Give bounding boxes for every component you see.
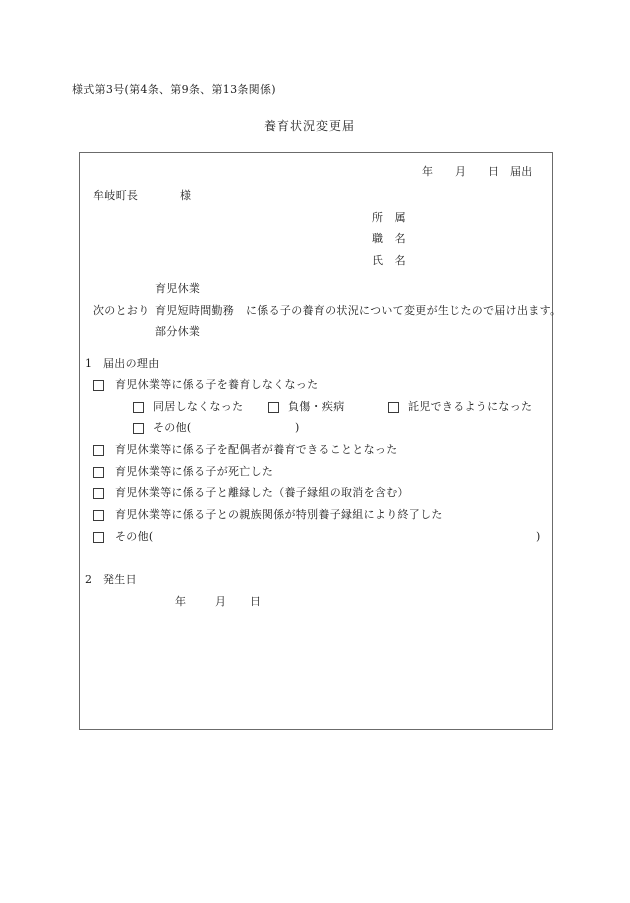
leave-option-partial-leave: 部分休業 — [155, 324, 200, 340]
job-title-label: 職 名 — [372, 231, 406, 247]
checkbox-other[interactable] — [93, 532, 104, 543]
intro-prefix: 次のとおり — [93, 303, 150, 319]
form-number: 様式第3号(第4条、第9条、第13条関係) — [72, 82, 276, 98]
checkbox-no-longer-cohabiting[interactable] — [133, 402, 144, 413]
reason-dissolved-label: 育児休業等に係る子と離縁した（養子縁組の取消を含む） — [115, 485, 409, 501]
section1-heading: 届出の理由 — [103, 356, 160, 372]
submission-date-year-label: 年 — [422, 164, 433, 180]
checkbox-daycare-available[interactable] — [388, 402, 399, 413]
sub-other-close-paren: ) — [295, 420, 300, 436]
sub-no-cohabit-label: 同居しなくなった — [153, 399, 243, 415]
submission-date-day-label: 日 — [488, 164, 499, 180]
leave-option-childcare-leave: 育児休業 — [155, 281, 200, 297]
honorific-label: 様 — [180, 188, 191, 204]
checkbox-kinship-ended[interactable] — [93, 510, 104, 521]
reason-died-label: 育児休業等に係る子が死亡した — [115, 464, 273, 480]
addressee-label: 牟岐町長 — [93, 188, 138, 204]
name-label: 氏 名 — [372, 253, 406, 269]
section2-heading: 発生日 — [103, 572, 137, 588]
section2-number: 2 — [85, 572, 92, 588]
section1-number: 1 — [85, 356, 92, 372]
sub-other-label: その他( — [153, 420, 192, 436]
other-close-paren: ) — [536, 529, 541, 545]
checkbox-child-died[interactable] — [93, 467, 104, 478]
checkbox-injury-illness[interactable] — [268, 402, 279, 413]
other-label: その他( — [115, 529, 154, 545]
document-page: 様式第3号(第4条、第9条、第13条関係) 養育状況変更届 年 月 日 届出 牟… — [0, 0, 630, 903]
sub-injury-label: 負傷・疾病 — [288, 399, 345, 415]
occurrence-date-day-label: 日 — [250, 594, 261, 610]
affiliation-label: 所 属 — [372, 210, 406, 226]
page-title: 養育状況変更届 — [264, 118, 355, 134]
submission-date-month-label: 月 — [455, 164, 466, 180]
form-box — [79, 152, 553, 730]
checkbox-sub-other[interactable] — [133, 423, 144, 434]
reason-not-raising-label: 育児休業等に係る子を養育しなくなった — [115, 377, 318, 393]
reason-kinship-label: 育児休業等に係る子との親族関係が特別養子縁組により終了した — [115, 507, 443, 523]
checkbox-adoption-dissolved[interactable] — [93, 488, 104, 499]
checkbox-spouse-can-raise[interactable] — [93, 445, 104, 456]
sub-daycare-label: 託児できるようになった — [408, 399, 532, 415]
submission-label: 届出 — [510, 164, 533, 180]
checkbox-no-longer-raising[interactable] — [93, 380, 104, 391]
occurrence-date-year-label: 年 — [175, 594, 186, 610]
leave-option-short-hours: 育児短時間勤務 — [155, 303, 234, 319]
intro-suffix: に係る子の養育の状況について変更が生じたので届け出ます。 — [246, 303, 561, 319]
occurrence-date-month-label: 月 — [215, 594, 226, 610]
reason-spouse-label: 育児休業等に係る子を配偶者が養育できることとなった — [115, 442, 398, 458]
